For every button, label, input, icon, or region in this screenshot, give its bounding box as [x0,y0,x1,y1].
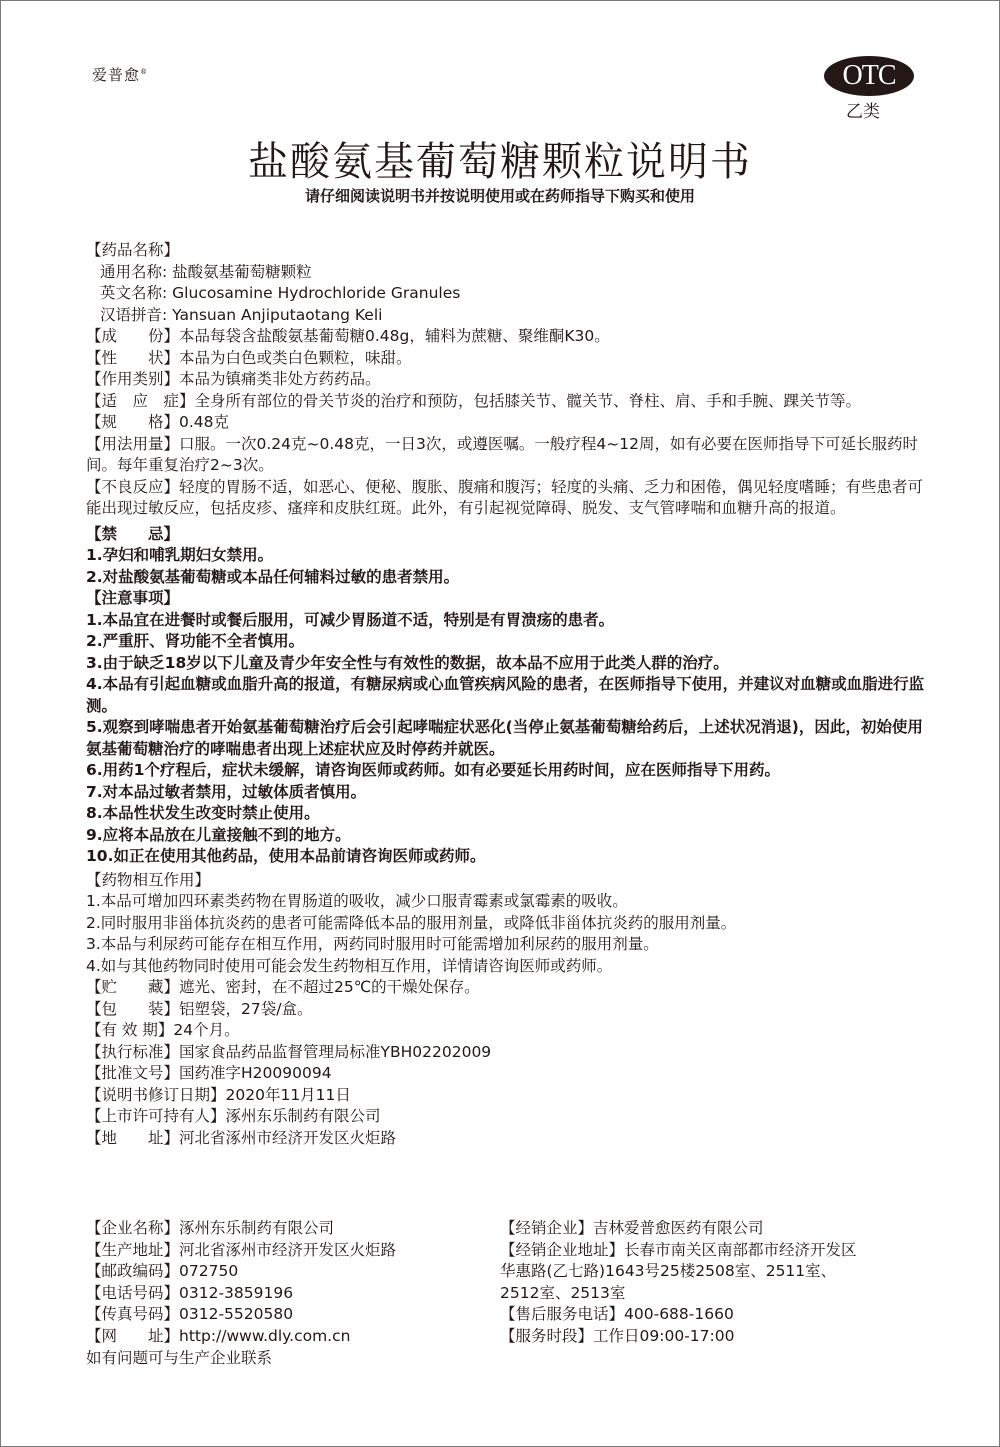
storage-label: 【贮 藏】 [86,978,179,996]
list-item: 6.用药1个疗程后，症状未缓解，请咨询医师或药师。如有必要延长用药时间，应在医师… [86,760,926,782]
package-label: 【包 装】 [86,1000,179,1018]
approval-row: 【批准文号】国药准字H20090094 [86,1063,926,1085]
mah-label: 【上市许可持有人】 [86,1107,226,1125]
english-name-value: Glucosamine Hydrochloride Granules [172,284,460,302]
phone-text: 0312-3859196 [179,1284,293,1302]
mah-address-label: 【地 址】 [86,1129,179,1147]
adverse-label: 【不良反应】 [86,478,179,496]
english-name-label: 英文名称: [100,284,167,302]
generic-name-label: 通用名称: [100,263,167,281]
dosage-label: 【用法用量】 [86,435,179,453]
list-item: 5.观察到哮喘患者开始氨基葡萄糖治疗后会引起哮喘症状恶化(当停止氨基葡萄糖给药后… [86,717,926,760]
standard-row: 【执行标准】国家食品药品监督管理局标准YBH02202009 [86,1042,926,1064]
mah-address-text: 河北省涿州市经济开发区火炬路 [179,1129,396,1147]
validity-label: 【有 效 期】 [86,1021,173,1039]
phone-row: 【电话号码】0312-3859196 [86,1283,486,1305]
fax-row: 【传真号码】0312-5520580 [86,1304,486,1326]
composition-text: 本品每袋含盐酸氨基葡萄糖0.48g，辅料为蔗糖、聚维酮K30。 [179,327,610,345]
appearance-label: 【性 状】 [86,349,179,367]
service-hours-row: 【服务时段】工作日09:00-17:00 [500,1326,930,1348]
specification-row: 【规 格】0.48克 [86,412,926,434]
precautions-heading: 【注意事项】 [86,588,926,610]
interactions-heading: 【药物相互作用】 [86,870,926,892]
revision-date-row: 【说明书修订日期】2020年11月11日 [86,1085,926,1107]
mah-text: 涿州东乐制药有限公司 [226,1107,381,1125]
manufacturer-column: 【企业名称】涿州东乐制药有限公司 【生产地址】河北省涿州市经济开发区火炬路 【邮… [86,1218,486,1369]
manufacturer-address-text: 河北省涿州市经济开发区火炬路 [179,1241,396,1259]
validity-row: 【有 效 期】24个月。 [86,1020,926,1042]
list-item: 4.如与其他药物同时使用可能会发生药物相互作用，详情请咨询医师或药师。 [86,956,926,978]
registered-mark: ® [140,68,148,76]
distributor-address-line: 长春市南关区南部都市经济开发区 [624,1241,857,1259]
composition-row: 【成 份】本品每袋含盐酸氨基葡萄糖0.48g，辅料为蔗糖、聚维酮K30。 [86,326,926,348]
storage-text: 遮光、密封，在不超过25℃的干燥处保存。 [179,978,480,996]
pinyin-name-label: 汉语拼音: [100,306,167,324]
indications-label: 【适 应 症】 [86,392,195,410]
distributor-address-line: 2512室、2513室 [500,1283,930,1305]
contraindications-section: 【禁 忌】 1.孕妇和哺乳期妇女禁用。 2.对盐酸氨基葡萄糖或本品任何辅料过敏的… [86,524,926,589]
manufacturer-name-label: 【企业名称】 [86,1219,179,1237]
appearance-text: 本品为白色或类白色颗粒，味甜。 [179,349,412,367]
contact-note: 如有问题可与生产企业联系 [86,1348,486,1370]
manufacturer-name-row: 【企业名称】涿州东乐制药有限公司 [86,1218,486,1240]
revision-date-label: 【说明书修订日期】 [86,1086,226,1104]
distributor-address-row: 【经销企业地址】长春市南关区南部都市经济开发区 [500,1240,930,1262]
drug-name-heading: 【药品名称】 [86,240,926,262]
service-hours-text: 工作日09:00-17:00 [593,1327,734,1345]
validity-text: 24个月。 [173,1021,239,1039]
adverse-text: 轻度的胃肠不适，如恶心、便秘、腹胀、腹痛和腹泻；轻度的头痛、乏力和困倦，偶见轻度… [86,478,923,518]
otc-badge-icon: OTC [824,56,914,96]
service-phone-label: 【售后服务电话】 [500,1305,624,1323]
dosage-text: 口服。一次0.24克~0.48克，一日3次，或遵医嘱。一般疗程4~12周，如有必… [86,435,918,475]
list-item: 1.孕妇和哺乳期妇女禁用。 [86,545,926,567]
category-label: 【作用类别】 [86,370,179,388]
pinyin-name-row: 汉语拼音: Yansuan Anjiputaotang Keli [86,305,926,327]
standard-label: 【执行标准】 [86,1043,179,1061]
list-item: 8.本品性状发生改变时禁止使用。 [86,803,926,825]
manufacturer-address-label: 【生产地址】 [86,1241,179,1259]
website-label: 【网 址】 [86,1327,179,1345]
distributor-column: 【经销企业】吉林爱普愈医药有限公司 【经销企业地址】长春市南关区南部都市经济开发… [500,1218,930,1348]
service-hours-label: 【服务时段】 [500,1327,593,1345]
generic-name-value: 盐酸氨基葡萄糖颗粒 [172,263,312,281]
dosage-row: 【用法用量】口服。一次0.24克~0.48克，一日3次，或遵医嘱。一般疗程4~1… [86,434,926,477]
category-text: 本品为镇痛类非处方药药品。 [179,370,381,388]
distributor-address-label: 【经销企业地址】 [500,1241,624,1259]
mah-address-row: 【地 址】河北省涿州市经济开发区火炬路 [86,1128,926,1150]
composition-label: 【成 份】 [86,327,179,345]
adverse-reactions-row: 【不良反应】轻度的胃肠不适，如恶心、便秘、腹胀、腹痛和腹泻；轻度的头痛、乏力和困… [86,477,926,520]
phone-label: 【电话号码】 [86,1284,179,1302]
website-link[interactable]: http://www.dly.com.cn [179,1327,350,1345]
brand-name: 爱普愈 [92,66,140,84]
package-row: 【包 装】铝塑袋，27袋/盒。 [86,999,926,1021]
document-subtitle: 请仔细阅读说明书并按说明使用或在药师指导下购买和使用 [0,185,1000,206]
appearance-row: 【性 状】本品为白色或类白色颗粒，味甜。 [86,348,926,370]
mah-row: 【上市许可持有人】涿州东乐制药有限公司 [86,1106,926,1128]
approval-text: 国药准字H20090094 [179,1064,332,1082]
distributor-name-label: 【经销企业】 [500,1219,593,1237]
service-phone-text: 400-688-1660 [624,1305,734,1323]
revision-date-text: 2020年11月11日 [226,1086,351,1104]
approval-label: 【批准文号】 [86,1064,179,1082]
category-row: 【作用类别】本品为镇痛类非处方药药品。 [86,369,926,391]
list-item: 10.如正在使用其他药品，使用本品前请咨询医师或药师。 [86,846,926,868]
standard-text: 国家食品药品监督管理局标准YBH02202009 [179,1043,491,1061]
interactions-section: 【药物相互作用】 1.本品可增加四环素类药物在胃肠道的吸收，减少口服青霉素或氯霉… [86,870,926,978]
postcode-text: 072750 [179,1262,238,1280]
otc-badge-text: OTC [843,60,896,92]
list-item: 1.本品可增加四环素类药物在胃肠道的吸收，减少口服青霉素或氯霉素的吸收。 [86,891,926,913]
list-item: 1.本品宜在进餐时或餐后服用，可减少胃肠道不适，特别是有胃溃疡的患者。 [86,610,926,632]
manufacturer-name-text: 涿州东乐制药有限公司 [179,1219,334,1237]
pinyin-name-value: Yansuan Anjiputaotang Keli [172,306,382,324]
postcode-label: 【邮政编码】 [86,1262,179,1280]
package-text: 铝塑袋，27袋/盒。 [179,1000,312,1018]
list-item: 4.本品有引起血糖或血脂升高的报道，有糖尿病或心血管疾病风险的患者，在医师指导下… [86,674,926,717]
specification-text: 0.48克 [179,413,229,431]
fax-label: 【传真号码】 [86,1305,179,1323]
list-item: 3.本品与利尿药可能存在相互作用，两药同时服用时可能需增加利尿药的服用剂量。 [86,934,926,956]
service-phone-row: 【售后服务电话】400-688-1660 [500,1304,930,1326]
website-row: 【网 址】http://www.dly.com.cn [86,1326,486,1348]
indications-row: 【适 应 症】全身所有部位的骨关节炎的治疗和预防，包括膝关节、髋关节、脊柱、肩、… [86,391,926,413]
list-item: 9.应将本品放在儿童接触不到的地方。 [86,825,926,847]
distributor-address-line: 华惠路(乙七路)1643号25楼2508室、2511室、 [500,1261,930,1283]
brand-logo: 爱普愈® [92,64,148,85]
english-name-row: 英文名称: Glucosamine Hydrochloride Granules [86,283,926,305]
list-item: 3.由于缺乏18岁以下儿童及青少年安全性与有效性的数据，故本品不应用于此类人群的… [86,653,926,675]
leaflet-body: 【药品名称】 通用名称: 盐酸氨基葡萄糖颗粒 英文名称: Glucosamine… [86,240,926,1149]
list-item: 2.对盐酸氨基葡萄糖或本品任何辅料过敏的患者禁用。 [86,567,926,589]
contraindications-heading: 【禁 忌】 [86,524,926,546]
indications-text: 全身所有部位的骨关节炎的治疗和预防，包括膝关节、髋关节、脊柱、肩、手和手腕、踝关… [195,392,862,410]
specification-label: 【规 格】 [86,413,179,431]
document-title: 盐酸氨基葡萄糖颗粒说明书 [0,130,1000,187]
distributor-name-row: 【经销企业】吉林爱普愈医药有限公司 [500,1218,930,1240]
generic-name-row: 通用名称: 盐酸氨基葡萄糖颗粒 [86,262,926,284]
fax-text: 0312-5520580 [179,1305,293,1323]
precautions-section: 【注意事项】 1.本品宜在进餐时或餐后服用，可减少胃肠道不适，特别是有胃溃疡的患… [86,588,926,868]
list-item: 2.同时服用非甾体抗炎药的患者可能需降低本品的服用剂量，或降低非甾体抗炎药的服用… [86,913,926,935]
postcode-row: 【邮政编码】072750 [86,1261,486,1283]
manufacturer-address-row: 【生产地址】河北省涿州市经济开发区火炬路 [86,1240,486,1262]
storage-row: 【贮 藏】遮光、密封，在不超过25℃的干燥处保存。 [86,977,926,999]
list-item: 2.严重肝、肾功能不全者慎用。 [86,631,926,653]
distributor-name-text: 吉林爱普愈医药有限公司 [593,1219,764,1237]
otc-class: 乙类 [846,97,880,122]
list-item: 7.对本品过敏者禁用，过敏体质者慎用。 [86,782,926,804]
